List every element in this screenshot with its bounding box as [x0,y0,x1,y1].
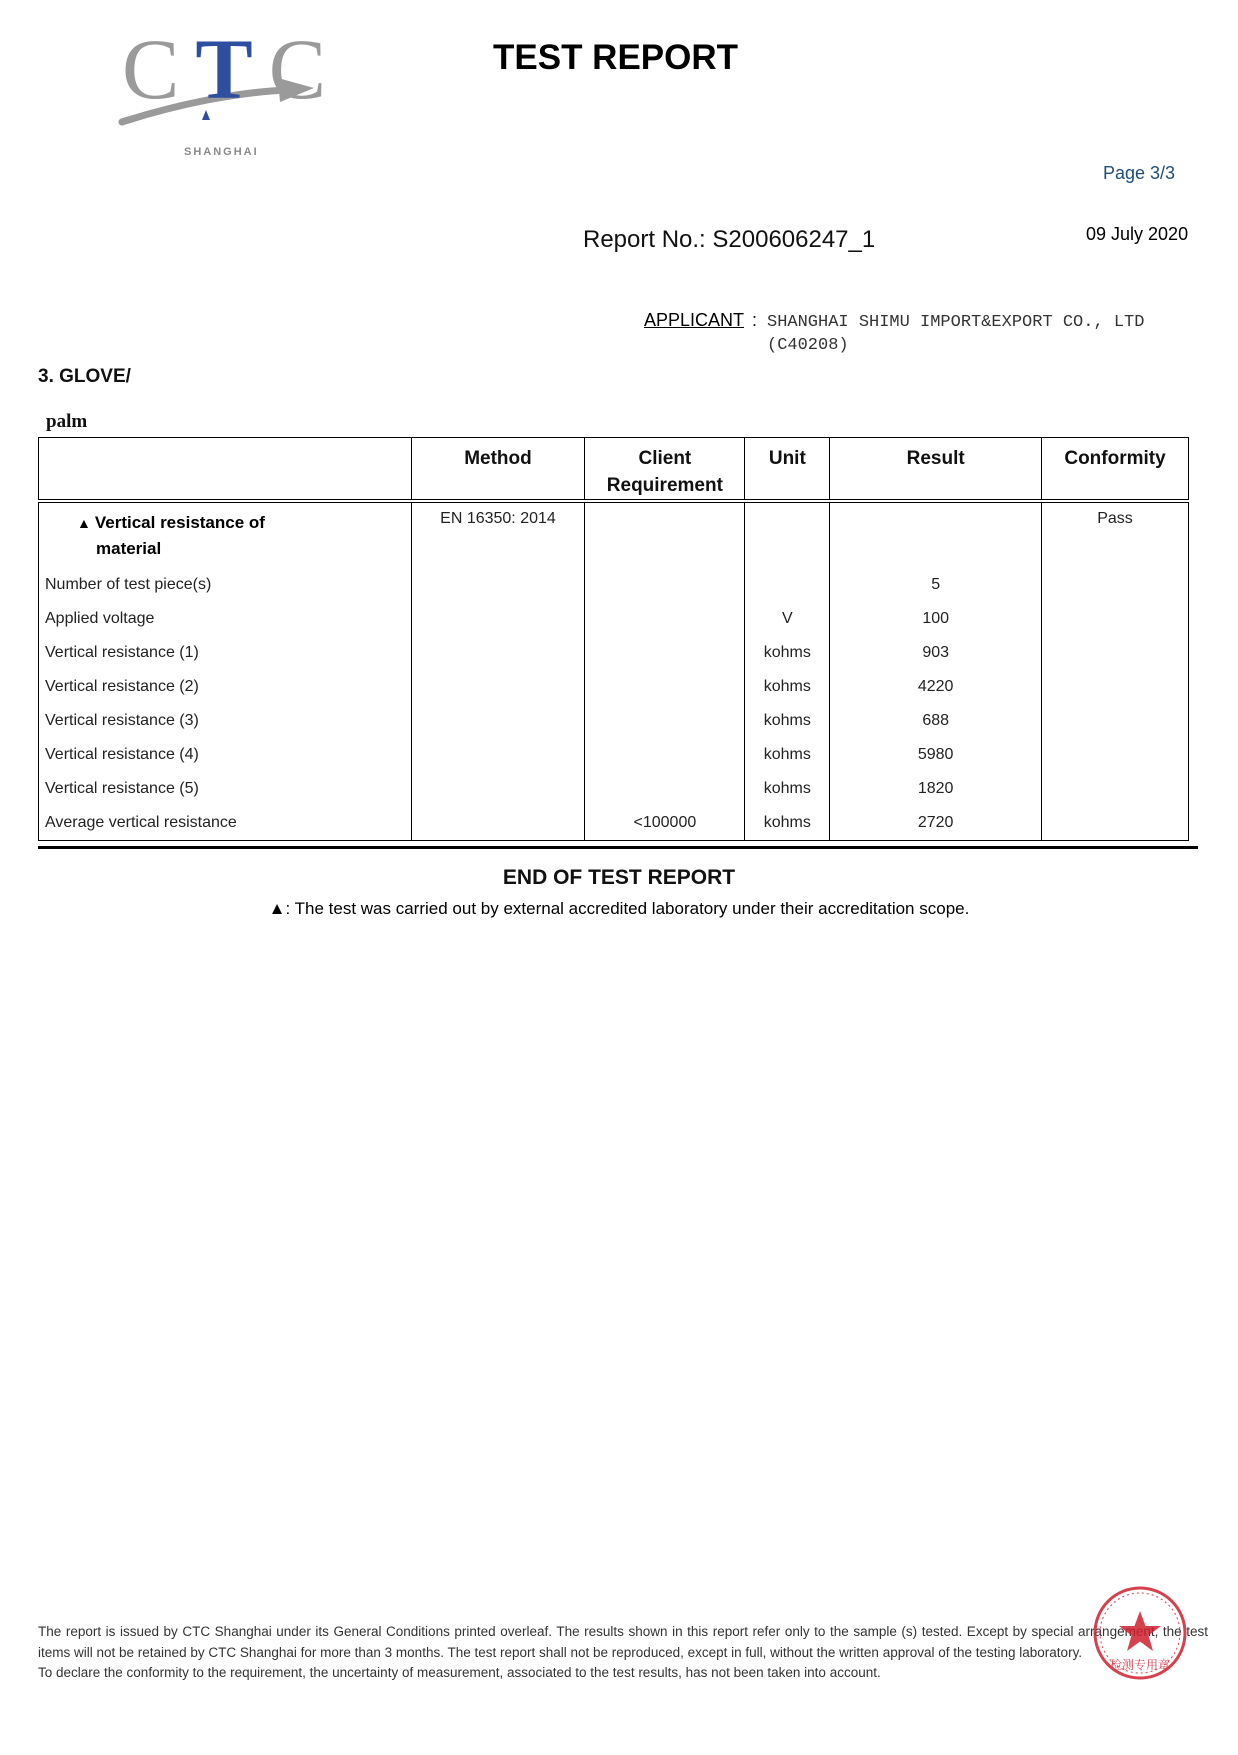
row-conformity [1042,738,1189,772]
row-unit: kohms [745,806,830,841]
row-label: Vertical resistance (2) [39,670,412,704]
row-unit: kohms [745,772,830,806]
row-label: Applied voltage [39,602,412,636]
section-subtitle: palm [46,411,87,433]
applicant-code: (C40208) [767,334,1144,357]
end-of-report-title: END OF TEST REPORT [0,866,1238,890]
row-method [411,670,585,704]
test-item-conformity: Pass [1042,501,1189,568]
ctc-logo: CTC SHANGHAI [118,22,338,162]
col-header-unit: Unit [745,438,830,502]
logo-c1: C [122,21,195,117]
table-row: Vertical resistance (5)kohms1820 [39,772,1189,806]
row-requirement [585,602,745,636]
test-item-unit [745,501,830,568]
section-title: 3. GLOVE/ [38,366,131,388]
official-seal-stamp: 检测专用章 [1092,1585,1188,1681]
logo-c2: C [269,21,342,117]
table-header-row: Method Client Requirement Unit Result Co… [39,438,1189,502]
footer-disclaimer: The report is issued by CTC Shanghai und… [38,1622,1208,1684]
row-method [411,602,585,636]
row-method [411,738,585,772]
row-unit: V [745,602,830,636]
test-item-name: ▲Vertical resistance of material [39,501,412,568]
test-item-result [830,501,1042,568]
row-result: 1820 [830,772,1042,806]
row-conformity [1042,568,1189,602]
row-method [411,636,585,670]
end-divider [38,846,1198,849]
row-conformity [1042,602,1189,636]
results-table: Method Client Requirement Unit Result Co… [38,437,1189,841]
row-result: 5980 [830,738,1042,772]
row-method [411,704,585,738]
row-requirement [585,636,745,670]
row-requirement: <100000 [585,806,745,841]
row-requirement [585,568,745,602]
row-requirement [585,772,745,806]
row-requirement [585,670,745,704]
row-method [411,568,585,602]
row-label: Number of test piece(s) [39,568,412,602]
report-number: Report No.: S200606247_1 [583,226,875,254]
test-item-requirement [585,501,745,568]
row-label: Vertical resistance (1) [39,636,412,670]
table-row: Average vertical resistance<100000kohms2… [39,806,1189,841]
test-item-method: EN 16350: 2014 [411,501,585,568]
row-conformity [1042,636,1189,670]
row-unit: kohms [745,670,830,704]
applicant-label: APPLICANT [644,310,744,331]
logo-t: T [195,21,268,117]
row-label: Vertical resistance (4) [39,738,412,772]
row-result: 4220 [830,670,1042,704]
row-conformity [1042,704,1189,738]
report-date: 09 July 2020 [1086,224,1188,245]
test-item-name-line1: Vertical resistance of [95,513,265,532]
table-row: Vertical resistance (1)kohms903 [39,636,1189,670]
row-unit: kohms [745,704,830,738]
applicant-company: SHANGHAI SHIMU IMPORT&EXPORT CO., LTD [767,311,1144,334]
applicant-name: SHANGHAI SHIMU IMPORT&EXPORT CO., LTD (C… [767,311,1144,357]
table-row: Applied voltageV100 [39,602,1189,636]
table-row: Vertical resistance (3)kohms688 [39,704,1189,738]
row-requirement [585,704,745,738]
logo-subtitle: SHANGHAI [184,146,259,158]
col-header-result: Result [830,438,1042,502]
row-requirement [585,738,745,772]
row-result: 2720 [830,806,1042,841]
row-conformity [1042,772,1189,806]
row-method [411,806,585,841]
row-label: Vertical resistance (3) [39,704,412,738]
row-method [411,772,585,806]
col-header-requirement-text: Client Requirement [600,445,730,499]
row-result: 903 [830,636,1042,670]
row-result: 5 [830,568,1042,602]
document-title: TEST REPORT [493,38,738,78]
row-result: 688 [830,704,1042,738]
footer-paragraph-1: The report is issued by CTC Shanghai und… [38,1622,1208,1663]
table-row: Number of test piece(s)5 [39,568,1189,602]
seal-star-icon: 检测专用章 [1092,1585,1188,1681]
row-result: 100 [830,602,1042,636]
table-row: Vertical resistance (2)kohms4220 [39,670,1189,704]
logo-wordmark: CTC [122,26,342,112]
test-item-row: ▲Vertical resistance of material EN 1635… [39,501,1189,568]
col-header-method: Method [411,438,585,502]
col-header-item [39,438,412,502]
row-unit: kohms [745,636,830,670]
row-conformity [1042,670,1189,704]
accreditation-note: ▲: The test was carried out by external … [0,899,1238,919]
col-header-requirement: Client Requirement [585,438,745,502]
row-unit: kohms [745,738,830,772]
row-label: Average vertical resistance [39,806,412,841]
applicant-colon: : [752,310,757,331]
page-number: Page 3/3 [1103,163,1175,184]
table-row: Vertical resistance (4)kohms5980 [39,738,1189,772]
col-header-conformity: Conformity [1042,438,1189,502]
row-unit [745,568,830,602]
footer-paragraph-2: To declare the conformity to the require… [38,1663,1208,1684]
row-label: Vertical resistance (5) [39,772,412,806]
test-item-name-line2: material [77,536,405,561]
svg-text:检测专用章: 检测专用章 [1110,1657,1170,1672]
row-conformity [1042,806,1189,841]
accreditation-triangle-icon: ▲ [77,515,91,531]
